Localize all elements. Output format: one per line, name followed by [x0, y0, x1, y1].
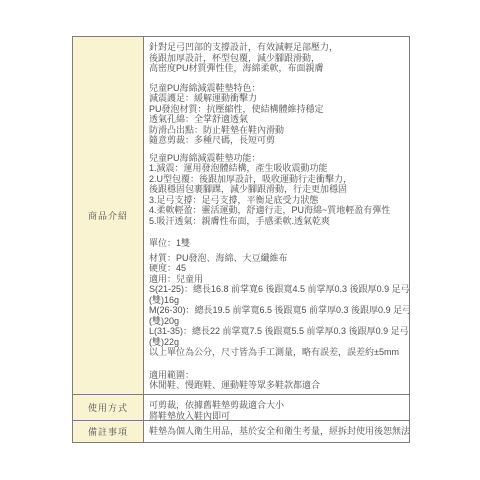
- text-line: 適用範圍：: [149, 370, 405, 381]
- text-line: 適用：兒童用: [149, 274, 405, 285]
- paragraph: 兒童PU海綿減震鞋墊功能：1.減震：運用發泡體結構，產生吸收震動功能2.U型包覆…: [149, 153, 405, 227]
- text-line: S(21-25)：總長16.8 前掌寬6 後跟寬4.5 前掌厚0.3 後跟厚0.…: [149, 284, 405, 295]
- text-line: (雙)16g: [149, 295, 405, 306]
- text-line: 後跟穩固包裹腳踝，減少腳跟滑動，行走更加穩固: [149, 184, 405, 195]
- text-line: 1.減震：運用發泡體結構，產生吸收震動功能: [149, 163, 405, 174]
- paragraph: 單位：1雙: [149, 238, 405, 249]
- text-line: 休閒鞋、慢跑鞋、運動鞋等眾多鞋款都適合: [149, 380, 405, 391]
- text-line: (雙)22g: [149, 337, 405, 348]
- text-line: 隨意剪裁：多種尺碼，長短可剪: [149, 135, 405, 146]
- text-line: 將鞋墊放入鞋內即可: [149, 411, 405, 421]
- text-line: 5.吸汗透氣：親膚性布面，手感柔軟.透氣乾爽: [149, 216, 405, 227]
- text-line: 鞋墊為個人衛生用品，基於安全和衛生考量，經拆封使用後恕無法退換: [149, 426, 409, 437]
- text-line: 針對足弓凹部的支撐設計，有效減輕足部壓力，: [149, 42, 405, 53]
- text-line: 兒童PU海綿減震鞋墊功能：: [149, 153, 405, 164]
- paragraph: 材質：PU發泡、海綿、大豆纖維布硬度：45適用：兒童用S(21-25)：總長16…: [149, 253, 405, 358]
- row-content-usage: 可剪裁，依據舊鞋墊剪裁適合大小將鞋墊放入鞋內即可: [144, 395, 409, 420]
- text-line: 單位：1雙: [149, 238, 405, 249]
- row-label-usage: 使用方式: [73, 395, 144, 420]
- table-row-product-intro: 商品介紹 針對足弓凹部的支撐設計，有效減輕足部壓力，後跟加厚設計，杯型包覆，減少…: [73, 37, 409, 394]
- text-line: 材質：PU發泡、海綿、大豆纖維布: [149, 253, 405, 264]
- text-line: M(26-30)：總長19.5 前掌寬6.5 後跟寬5 前掌厚0.3 後跟厚0.…: [149, 305, 405, 316]
- text-line: 高密度PU材質彈性佳，海綿柔軟，布面親膚: [149, 63, 405, 74]
- paragraph: 鞋墊為個人衛生用品，基於安全和衛生考量，經拆封使用後恕無法退換: [149, 426, 409, 437]
- paragraph: 可剪裁，依據舊鞋墊剪裁適合大小將鞋墊放入鞋內即可: [149, 400, 405, 420]
- text-line: 以上單位為公分，尺寸皆為手工測量，略有誤差，誤差約±5mm: [149, 347, 405, 358]
- text-line: PU發泡材質：抗壓縮性，使結構體維持穩定: [149, 104, 405, 115]
- text-line: 硬度：45: [149, 263, 405, 274]
- text-line: (雙)20g: [149, 316, 405, 327]
- row-content-note: 鞋墊為個人衛生用品，基於安全和衛生考量，經拆封使用後恕無法退換: [144, 421, 409, 442]
- text-line: 防滑凸出點：防止鞋墊在鞋內滑動: [149, 125, 405, 136]
- table-row-usage: 使用方式 可剪裁，依據舊鞋墊剪裁適合大小將鞋墊放入鞋內即可: [73, 394, 409, 420]
- text-line: 3.足弓支撐：足弓支撐，平衡足底受力狀態: [149, 195, 405, 206]
- table-row-note: 備註事項 鞋墊為個人衛生用品，基於安全和衛生考量，經拆封使用後恕無法退換: [73, 420, 409, 442]
- row-label-note: 備註事項: [73, 421, 144, 442]
- text-line: 2.U型包覆：後跟加厚設計，吸收運動行走衝擊力，: [149, 174, 405, 185]
- text-line: 4.柔軟輕盈：靈活運動，舒適行走，PU海綿~質地輕盈有彈性: [149, 205, 405, 216]
- paragraph: 適用範圍：休閒鞋、慢跑鞋、運動鞋等眾多鞋款都適合: [149, 370, 405, 391]
- product-spec-table: 商品介紹 針對足弓凹部的支撐設計，有效減輕足部壓力，後跟加厚設計，杯型包覆，減少…: [72, 36, 410, 443]
- text-line: 減震護足：緩解運動衝擊力: [149, 93, 405, 104]
- text-line: 可剪裁，依據舊鞋墊剪裁適合大小: [149, 400, 405, 411]
- row-content-product-intro: 針對足弓凹部的支撐設計，有效減輕足部壓力，後跟加厚設計，杯型包覆，減少腳跟滑動，…: [144, 37, 409, 394]
- text-line: L(31-35)：總長22 前掌寬7.5 後跟寬5.5 前掌厚0.3 後跟厚0.…: [149, 326, 405, 337]
- text-line: 兒童PU海綿減震鞋墊特色：: [149, 83, 405, 94]
- paragraph: 兒童PU海綿減震鞋墊特色：減震護足：緩解運動衝擊力PU發泡材質：抗壓縮性，使結構…: [149, 83, 405, 146]
- text-line: 後跟加厚設計，杯型包覆，減少腳跟滑動，: [149, 53, 405, 64]
- paragraph: 針對足弓凹部的支撐設計，有效減輕足部壓力，後跟加厚設計，杯型包覆，減少腳跟滑動，…: [149, 42, 405, 74]
- row-label-product-intro: 商品介紹: [73, 37, 144, 394]
- text-line: 透氣孔綿：全掌舒適透氣: [149, 114, 405, 125]
